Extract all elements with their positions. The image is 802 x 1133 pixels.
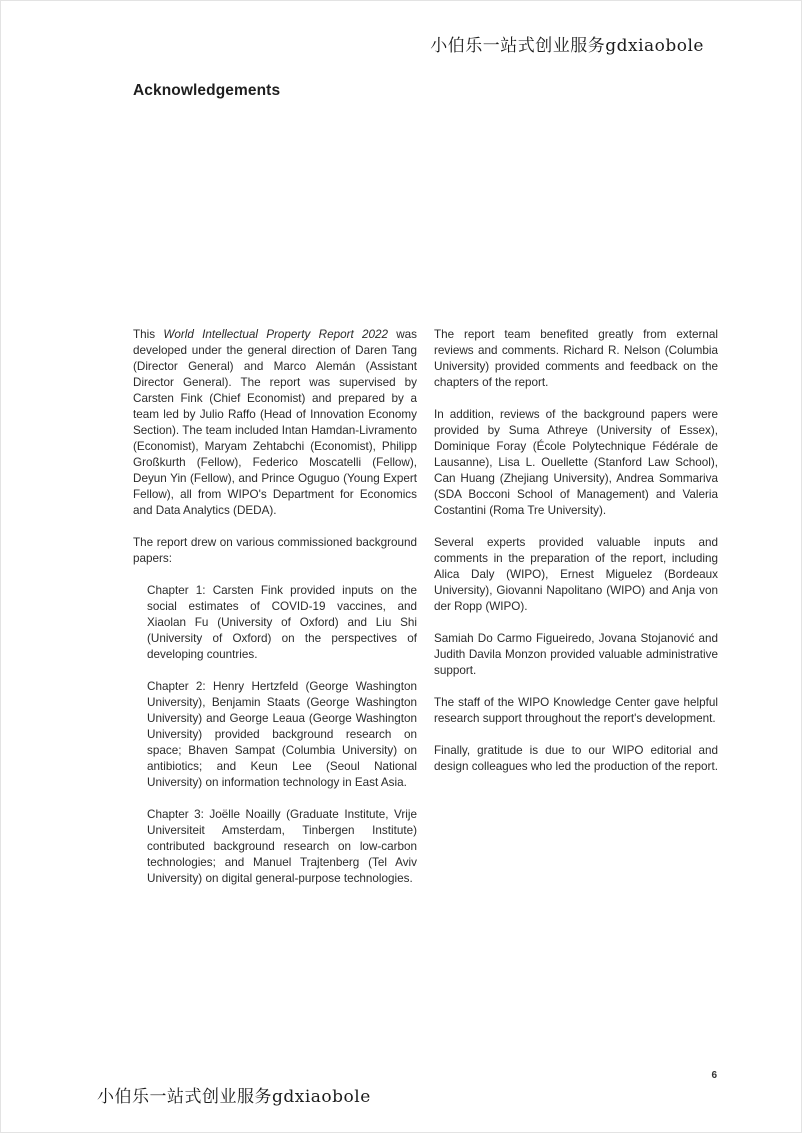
paragraph-expert-inputs: Several experts provided valuable inputs… [434, 535, 718, 615]
paragraph-editorial-design: Finally, gratitude is due to our WIPO ed… [434, 743, 718, 775]
paragraph-background-paper-reviews: In addition, reviews of the background p… [434, 407, 718, 519]
paragraph-chapter-3: Chapter 3: Joëlle Noailly (Graduate Inst… [147, 807, 417, 887]
paragraph-chapter-1: Chapter 1: Carsten Fink provided inputs … [147, 583, 417, 663]
right-column: The report team benefited greatly from e… [434, 327, 718, 791]
paragraph-external-reviews: The report team benefited greatly from e… [434, 327, 718, 391]
paragraph-chapter-2: Chapter 2: Henry Hertzfeld (George Washi… [147, 679, 417, 791]
watermark-top: 小伯乐一站式创业服务gdxiaobole [430, 31, 704, 56]
page-title: Acknowledgements [133, 82, 280, 100]
watermark-bottom: 小伯乐一站式创业服务gdxiaobole [97, 1082, 371, 1107]
intro-rest-text: was developed under the general directio… [133, 328, 417, 517]
intro-prefix-text: This [133, 328, 163, 341]
paragraph-administrative-support: Samiah Do Carmo Figueiredo, Jovana Stoja… [434, 631, 718, 679]
paragraph-knowledge-center: The staff of the WIPO Knowledge Center g… [434, 695, 718, 727]
paragraph-intro: This World Intellectual Property Report … [133, 327, 417, 519]
left-column: This World Intellectual Property Report … [133, 327, 417, 903]
paragraph-lead-in: The report drew on various commissioned … [133, 535, 417, 567]
report-title-italic: World Intellectual Property Report 2022 [163, 328, 388, 341]
page-number: 6 [711, 1070, 717, 1081]
document-page: 小伯乐一站式创业服务gdxiaobole Acknowledgements Th… [0, 0, 802, 1133]
